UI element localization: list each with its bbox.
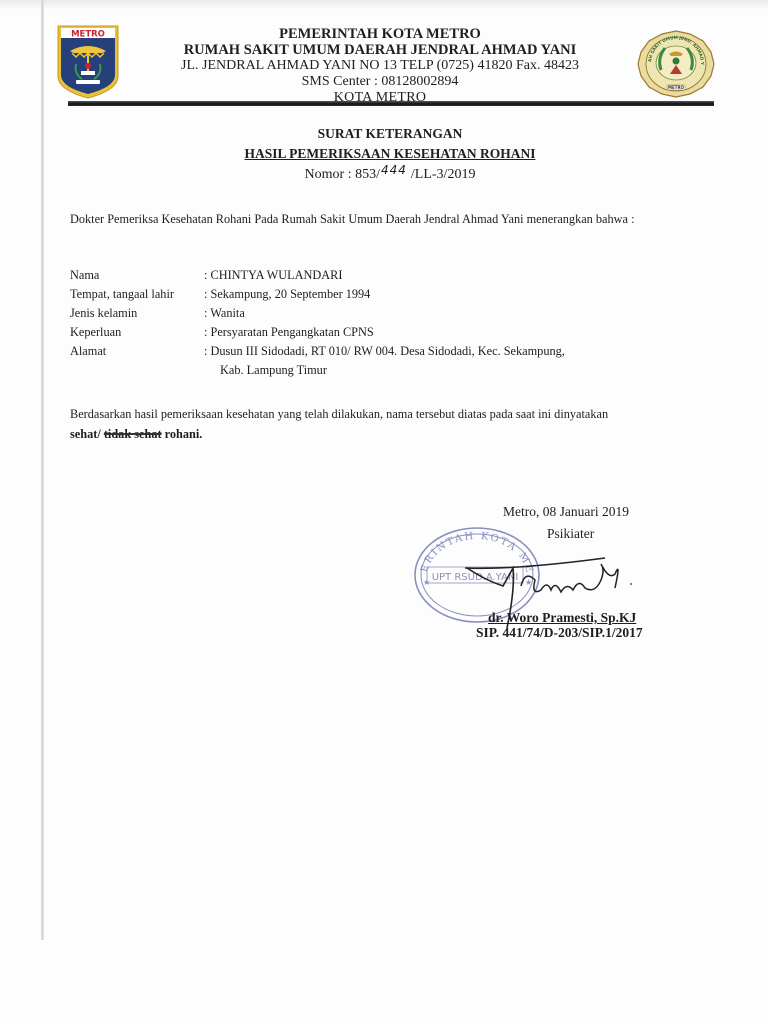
number-prefix: Nomor : 853/ xyxy=(305,167,380,182)
field-label: Keperluan xyxy=(70,323,204,342)
title-subject: HASIL PEMERIKSAAN KESEHATAN ROHANI xyxy=(160,144,620,164)
svg-text:METRO: METRO xyxy=(668,85,685,90)
conclusion-text: Berdasarkan hasil pemeriksaan kesehatan … xyxy=(70,404,710,424)
rsud-ahmad-yani-seal-icon: METRO RUMAH SAKIT UMUM JEND. AHMAD YANI xyxy=(637,30,715,98)
field-row-name: Nama : CHINTYA WULANDARI xyxy=(70,266,690,285)
field-label: Jenis kelamin xyxy=(70,304,204,323)
svg-text:METRO: METRO xyxy=(71,30,105,40)
document-number: Nomor : 853/444/LL-3/2019 xyxy=(160,164,620,185)
result-end: rohani. xyxy=(162,427,203,441)
letterhead-sms-center: SMS Center : 08128002894 xyxy=(130,74,630,90)
scan-page-edge xyxy=(41,0,44,940)
metro-city-crest-icon: METRO xyxy=(56,24,120,100)
signer-name: dr. Woro Pramesti, Sp.KJ xyxy=(488,610,636,626)
conclusion-paragraph: Berdasarkan hasil pemeriksaan kesehatan … xyxy=(70,404,710,444)
number-suffix: /LL-3/2019 xyxy=(411,167,476,182)
patient-details: Nama : CHINTYA WULANDARI Tempat, tangaal… xyxy=(70,266,690,380)
field-value: : Persyaratan Pengangkatan CPNS xyxy=(204,323,690,342)
field-value: : CHINTYA WULANDARI xyxy=(204,266,690,285)
title-letter-type: SURAT KETERANGAN xyxy=(160,124,620,144)
intro-paragraph: Dokter Pemeriksa Kesehatan Rohani Pada R… xyxy=(70,210,710,228)
signer-license-number: SIP. 441/74/D-203/SIP.1/2017 xyxy=(476,625,643,641)
address-continuation: Kab. Lampung Timur xyxy=(70,361,690,380)
result-selected: sehat/ xyxy=(70,427,104,441)
field-row-gender: Jenis kelamin : Wanita xyxy=(70,304,690,323)
letterhead-government: PEMERINTAH KOTA METRO xyxy=(130,26,630,42)
field-value: : Dusun III Sidodadi, RT 010/ RW 004. De… xyxy=(204,342,690,361)
field-value: : Sekampung, 20 September 1994 xyxy=(204,285,690,304)
document-title: SURAT KETERANGAN HASIL PEMERIKSAAN KESEH… xyxy=(160,124,620,185)
field-label: Alamat xyxy=(70,342,204,361)
scan-top-edge xyxy=(0,0,768,10)
field-row-birth: Tempat, tangaal lahir : Sekampung, 20 Se… xyxy=(70,285,690,304)
field-label: Nama xyxy=(70,266,204,285)
svg-text:★: ★ xyxy=(423,578,430,587)
number-handwritten: 444 xyxy=(380,163,411,177)
letterhead-address: JL. JENDRAL AHMAD YANI NO 13 TELP (0725)… xyxy=(130,58,630,74)
conclusion-result: sehat/ tidak sehat rohani. xyxy=(70,424,710,444)
field-label: Tempat, tangaal lahir xyxy=(70,285,204,304)
field-row-purpose: Keperluan : Persyaratan Pengangkatan CPN… xyxy=(70,323,690,342)
letterhead-divider xyxy=(68,101,714,106)
result-struck-out: tidak sehat xyxy=(104,427,162,441)
field-value: : Wanita xyxy=(204,304,690,323)
letterhead-hospital: RUMAH SAKIT UMUM DAERAH JENDRAL AHMAD YA… xyxy=(130,42,630,58)
field-row-address: Alamat : Dusun III Sidodadi, RT 010/ RW … xyxy=(70,342,690,361)
letterhead: PEMERINTAH KOTA METRO RUMAH SAKIT UMUM D… xyxy=(130,26,630,106)
signing-place-date: Metro, 08 Januari 2019 xyxy=(503,504,629,520)
